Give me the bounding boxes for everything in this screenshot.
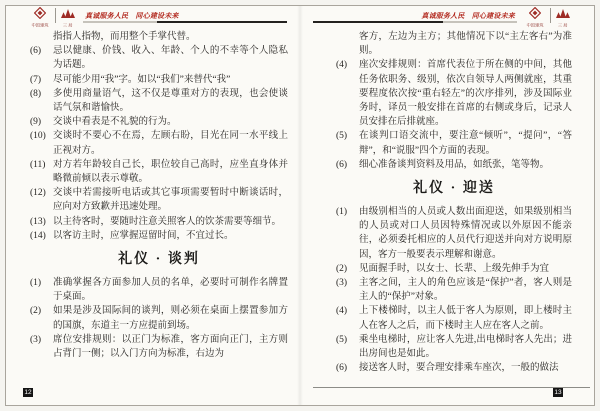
- header-slogan: 真诚服务人民 同心建设未来: [85, 11, 179, 21]
- item-text: 以主待客时，要随时注意关照客人的饮茶需要等细节。: [53, 215, 288, 229]
- item-text: 席位安排规则：以正门为标准，客方面向正门，主方则占背门一侧；以入门方向为标准，右…: [53, 333, 288, 361]
- list-item: (1)由级别相当的人员或人数出面迎送，如果级别相当的人员或对口人员因特殊情况或以…: [336, 205, 572, 262]
- list-item: (13)以主待客时，要随时注意关照客人的饮茶需要等细节。: [30, 215, 288, 229]
- list-item: (9)交谈中看表是不礼貌的行为。: [30, 115, 288, 129]
- header-slogan: 真诚服务人民 同心建设未来: [421, 11, 515, 21]
- item-text: 接送客人时，要合理安排乘车座次，一般的做法: [359, 361, 572, 375]
- item-text: 见面握手时，以女士、长辈、上级先伸手为宜: [359, 262, 572, 276]
- list-item: (11)对方若年龄较自己长，职位较自己高时，应坐直身体并略微前倾以表示尊敬。: [30, 158, 288, 186]
- item-number: (5): [336, 129, 359, 157]
- right-page: 中国建筑 三 局 真诚服务人民 同心建设未来 客方，左边为主方；其他情况下以“主…: [300, 0, 594, 411]
- item-text: 多使用商量语气，这不仅是尊重对方的表现，也会使谈话气氛和谐愉快。: [53, 87, 288, 115]
- item-text: 由级别相当的人员或人数出面迎送，如果级别相当的人员或对口人员因特殊情况或以外原因…: [359, 205, 572, 262]
- list-item: (2)如果是涉及国际间的谈判，则必须在桌面上摆置参加方的国旗，东道主一方应提前到…: [30, 304, 288, 332]
- item-number: [336, 30, 359, 58]
- item-number: (9): [30, 115, 53, 129]
- header-logos: 中国建筑 三 局: [525, 7, 570, 29]
- item-text: 细心准备谈判资料及用品，如纸张，笔等物。: [359, 158, 572, 172]
- list-item: (6)忌以健康、价钱、收入、年龄、个人的不幸等个人隐私为话题。: [30, 44, 288, 72]
- list-item: (8)多使用商量语气，这不仅是尊重对方的表现，也会使谈话气氛和谐愉快。: [30, 87, 288, 115]
- item-number: (5): [336, 333, 359, 361]
- item-text: 交谈中看表是不礼貌的行为。: [53, 115, 288, 129]
- item-number: (8): [30, 87, 53, 115]
- item-number: (1): [30, 276, 53, 304]
- item-number: (3): [336, 276, 359, 304]
- section-heading: 礼仪 · 谈判: [30, 251, 288, 269]
- item-text: 以客访主时，应掌握逗留时间，不宜过长。: [53, 229, 288, 243]
- item-text: 交谈时不要心不在焉，左顾右盼，目光在同一水平线上正视对方。: [53, 129, 288, 157]
- header-rule: [83, 21, 287, 23]
- page-body: 指指人指物，而用整个手掌代替。(6)忌以健康、价钱、收入、年龄、个人的不幸等个人…: [30, 30, 288, 361]
- logo-divider: [550, 8, 551, 23]
- header-rule: [313, 21, 517, 23]
- company-diamond-logo: 中国建筑: [525, 7, 545, 29]
- item-number: (4): [336, 58, 359, 129]
- item-number: (4): [336, 304, 359, 332]
- list-item: (14)以客访主时，应掌握逗留时间，不宜过长。: [30, 229, 288, 243]
- item-text: 上下楼梯时，以主人低于客人为原则，即上楼时主人在客人之后，而下楼时主人应在客人之…: [359, 304, 572, 332]
- item-text: 座次安排规则：首席代表位于所在侧的中间，其他任务依职务、级别，依次自领导人两侧就…: [359, 58, 572, 129]
- item-number: (2): [30, 304, 53, 332]
- item-number: (2): [336, 262, 359, 276]
- list-item: 指指人指物，而用整个手掌代替。: [30, 30, 288, 44]
- mountain-logo-icon: [61, 7, 75, 23]
- list-item: (5)乘坐电梯时，应让客人先进,出电梯时客人先出；进出房间也是如此。: [336, 333, 572, 361]
- list-item: (6)接送客人时，要合理安排乘车座次，一般的做法: [336, 361, 572, 375]
- header-slogan-area: 真诚服务人民 同心建设未来: [83, 7, 287, 25]
- company-logo-caption: 中国建筑: [32, 24, 49, 28]
- item-text: 准确掌握各方面参加人员的名单，必要时可制作名牌置于桌面。: [53, 276, 288, 304]
- footer-rule: [313, 387, 590, 388]
- item-number: (1): [336, 205, 359, 262]
- item-text: 尽可能少用“我”字。如以“我们”来替代“我”: [53, 73, 288, 87]
- item-number: (6): [30, 44, 53, 72]
- item-number: (14): [30, 229, 53, 243]
- page-number-badge: 13: [553, 388, 563, 397]
- list-item: (12)交谈中若需接听电话或其它事项需要暂时中断谈话时，应向对方致歉并迅速处理。: [30, 186, 288, 214]
- left-page: 中国建筑 三 局 真诚服务人民 同心建设未来 指指人指物，而用整个手掌代替。(6…: [6, 0, 300, 411]
- page-body: 客方，左边为主方；其他情况下以“主左客右”为准则。(4)座次安排规则：首席代表位…: [336, 30, 572, 375]
- header-logos: 中国建筑 三 局: [30, 7, 75, 29]
- list-item: 客方，左边为主方；其他情况下以“主左客右”为准则。: [336, 30, 572, 58]
- item-text: 指指人指物，而用整个手掌代替。: [53, 30, 288, 44]
- list-item: (4)上下楼梯时，以主人低于客人为原则，即上楼时主人在客人之后，而下楼时主人应在…: [336, 304, 572, 332]
- header-slogan-area: 真诚服务人民 同心建设未来: [313, 7, 517, 25]
- book-spread: 中国建筑 三 局 真诚服务人民 同心建设未来 指指人指物，而用整个手掌代替。(6…: [0, 0, 600, 411]
- item-number: (3): [30, 333, 53, 361]
- item-text: 乘坐电梯时，应让客人先进,出电梯时客人先出；进出房间也是如此。: [359, 333, 572, 361]
- list-item: (10)交谈时不要心不在焉，左顾右盼，目光在同一水平线上正视对方。: [30, 129, 288, 157]
- item-text: 在谈判口语交流中，要注意“倾听”，“提问”，“答辩”，和“说服”四个方面的表现。: [359, 129, 572, 157]
- item-text: 客方，左边为主方；其他情况下以“主左客右”为准则。: [359, 30, 572, 58]
- bureau-logo-caption: 三 局: [63, 24, 73, 28]
- page-number-badge: 12: [23, 388, 33, 397]
- item-text: 主客之间，主人的角色应该是“保护”者，客人则是主人的“保护”对象。: [359, 276, 572, 304]
- list-item: (5)在谈判口语交流中，要注意“倾听”，“提问”，“答辩”，和“说服”四个方面的…: [336, 129, 572, 157]
- diamond-logo-icon: [34, 7, 46, 23]
- list-item: (3)主客之间，主人的角色应该是“保护”者，客人则是主人的“保护”对象。: [336, 276, 572, 304]
- item-text: 对方若年龄较自己长，职位较自己高时，应坐直身体并略微前倾以表示尊敬。: [53, 158, 288, 186]
- company-diamond-logo: 中国建筑: [30, 7, 50, 29]
- bureau-logo-caption: 三 局: [558, 24, 568, 28]
- list-item: (4)座次安排规则：首席代表位于所在侧的中间，其他任务依职务、级别，依次自领导人…: [336, 58, 572, 129]
- list-item: (7)尽可能少用“我”字。如以“我们”来替代“我”: [30, 73, 288, 87]
- section-heading: 礼仪 · 迎送: [336, 180, 572, 198]
- list-item: (6)细心准备谈判资料及用品，如纸张，笔等物。: [336, 158, 572, 172]
- mountain-logo-icon: [556, 7, 570, 23]
- bureau-mountain-logo: 三 局: [556, 7, 570, 29]
- item-number: (13): [30, 215, 53, 229]
- page-header: 中国建筑 三 局 真诚服务人民 同心建设未来: [30, 7, 287, 27]
- list-item: (2)见面握手时，以女士、长辈、上级先伸手为宜: [336, 262, 572, 276]
- item-text: 如果是涉及国际间的谈判，则必须在桌面上摆置参加方的国旗，东道主一方应提前到场。: [53, 304, 288, 332]
- item-number: [30, 30, 53, 44]
- item-number: (11): [30, 158, 53, 186]
- page-header: 中国建筑 三 局 真诚服务人民 同心建设未来: [313, 7, 570, 27]
- logo-divider: [55, 8, 56, 23]
- item-number: (12): [30, 186, 53, 214]
- item-number: (10): [30, 129, 53, 157]
- bureau-mountain-logo: 三 局: [61, 7, 75, 29]
- diamond-logo-icon: [529, 7, 541, 23]
- list-item: (1)准确掌握各方面参加人员的名单，必要时可制作名牌置于桌面。: [30, 276, 288, 304]
- item-number: (6): [336, 158, 359, 172]
- list-item: (3)席位安排规则：以正门为标准，客方面向正门，主方则占背门一侧；以入门方向为标…: [30, 333, 288, 361]
- item-text: 忌以健康、价钱、收入、年龄、个人的不幸等个人隐私为话题。: [53, 44, 288, 72]
- item-number: (6): [336, 361, 359, 375]
- company-logo-caption: 中国建筑: [526, 24, 543, 28]
- item-number: (7): [30, 73, 53, 87]
- item-text: 交谈中若需接听电话或其它事项需要暂时中断谈话时，应向对方致歉并迅速处理。: [53, 186, 288, 214]
